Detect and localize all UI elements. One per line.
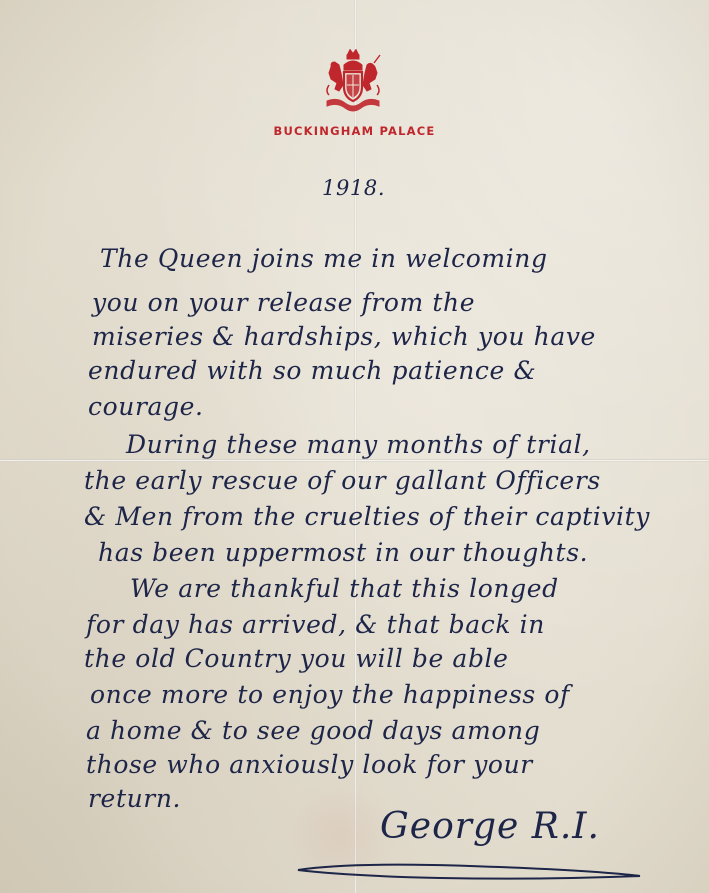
letter-line: & Men from the cruelties of their captiv… bbox=[84, 502, 650, 531]
letter-line: The Queen joins me in welcoming bbox=[100, 244, 548, 273]
letter-line: a home & to see good days among bbox=[86, 716, 540, 745]
letter-page: BUCKINGHAM PALACE 1918. The Queen joins … bbox=[0, 0, 709, 893]
letter-line: endured with so much patience & bbox=[88, 356, 536, 385]
letter-line: the old Country you will be able bbox=[84, 644, 509, 673]
letter-line: During these many months of trial, bbox=[126, 430, 591, 459]
letter-line: has been uppermost in our thoughts. bbox=[98, 538, 588, 567]
signature: George R.I. bbox=[380, 806, 600, 847]
letter-line: those who anxiously look for your bbox=[86, 750, 533, 779]
letter-line: once more to enjoy the happiness of bbox=[90, 680, 570, 709]
letter-line: courage. bbox=[88, 392, 204, 421]
letter-line: for day has arrived, & that back in bbox=[86, 610, 545, 639]
letter-line: return. bbox=[88, 784, 181, 813]
letter-line: you on your release from the bbox=[92, 288, 475, 317]
royal-coat-of-arms-icon bbox=[317, 45, 389, 117]
letterhead-title: BUCKINGHAM PALACE bbox=[0, 124, 709, 138]
letter-line: miseries & hardships, which you have bbox=[92, 322, 596, 351]
letter-line: We are thankful that this longed bbox=[130, 574, 559, 603]
letter-date: 1918. bbox=[322, 176, 385, 200]
signature-underline-flourish bbox=[290, 858, 650, 888]
letter-line: the early rescue of our gallant Officers bbox=[84, 466, 601, 495]
